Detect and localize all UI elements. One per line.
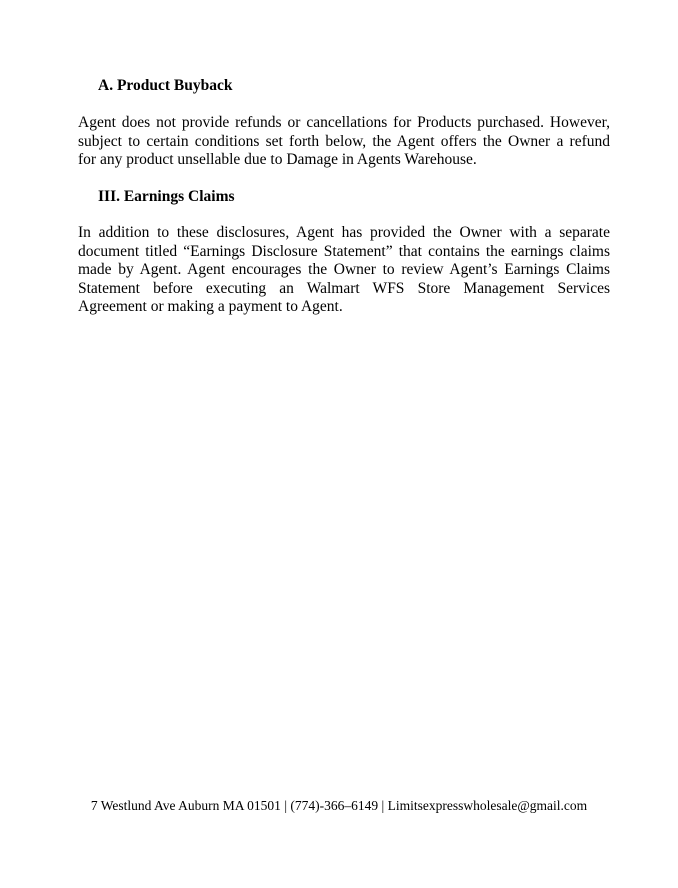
- footer-separator: |: [378, 798, 387, 813]
- paragraph-line: made by Agent. Agent encourages the Owne…: [78, 261, 610, 280]
- footer-separator: |: [281, 798, 290, 813]
- paragraph-earnings-claims: In addition to these disclosures, Agent …: [78, 224, 610, 317]
- paragraph-line: Statement before executing an Walmart WF…: [78, 280, 610, 299]
- paragraph-product-buyback: Agent does not provide refunds or cancel…: [78, 114, 610, 170]
- footer-email: Limitsexpresswholesale@gmail.com: [388, 798, 588, 813]
- paragraph-line: for any product unsellable due to Damage…: [78, 151, 610, 170]
- paragraph-line: subject to certain conditions set forth …: [78, 133, 610, 152]
- page-footer: 7 Westlund Ave Auburn MA 01501 | (774)-3…: [0, 798, 678, 814]
- section-heading-product-buyback: A. Product Buyback: [98, 77, 233, 95]
- section-heading-earnings-claims: III. Earnings Claims: [98, 188, 235, 206]
- footer-address: 7 Westlund Ave Auburn MA 01501: [91, 798, 281, 813]
- paragraph-line: In addition to these disclosures, Agent …: [78, 224, 610, 243]
- paragraph-line: Agent does not provide refunds or cancel…: [78, 114, 610, 133]
- document-page: A. Product Buyback Agent does not provid…: [0, 0, 678, 888]
- footer-phone: (774)-366–6149: [290, 798, 378, 813]
- paragraph-line: Agreement or making a payment to Agent.: [78, 298, 610, 317]
- paragraph-line: document titled “Earnings Disclosure Sta…: [78, 243, 610, 262]
